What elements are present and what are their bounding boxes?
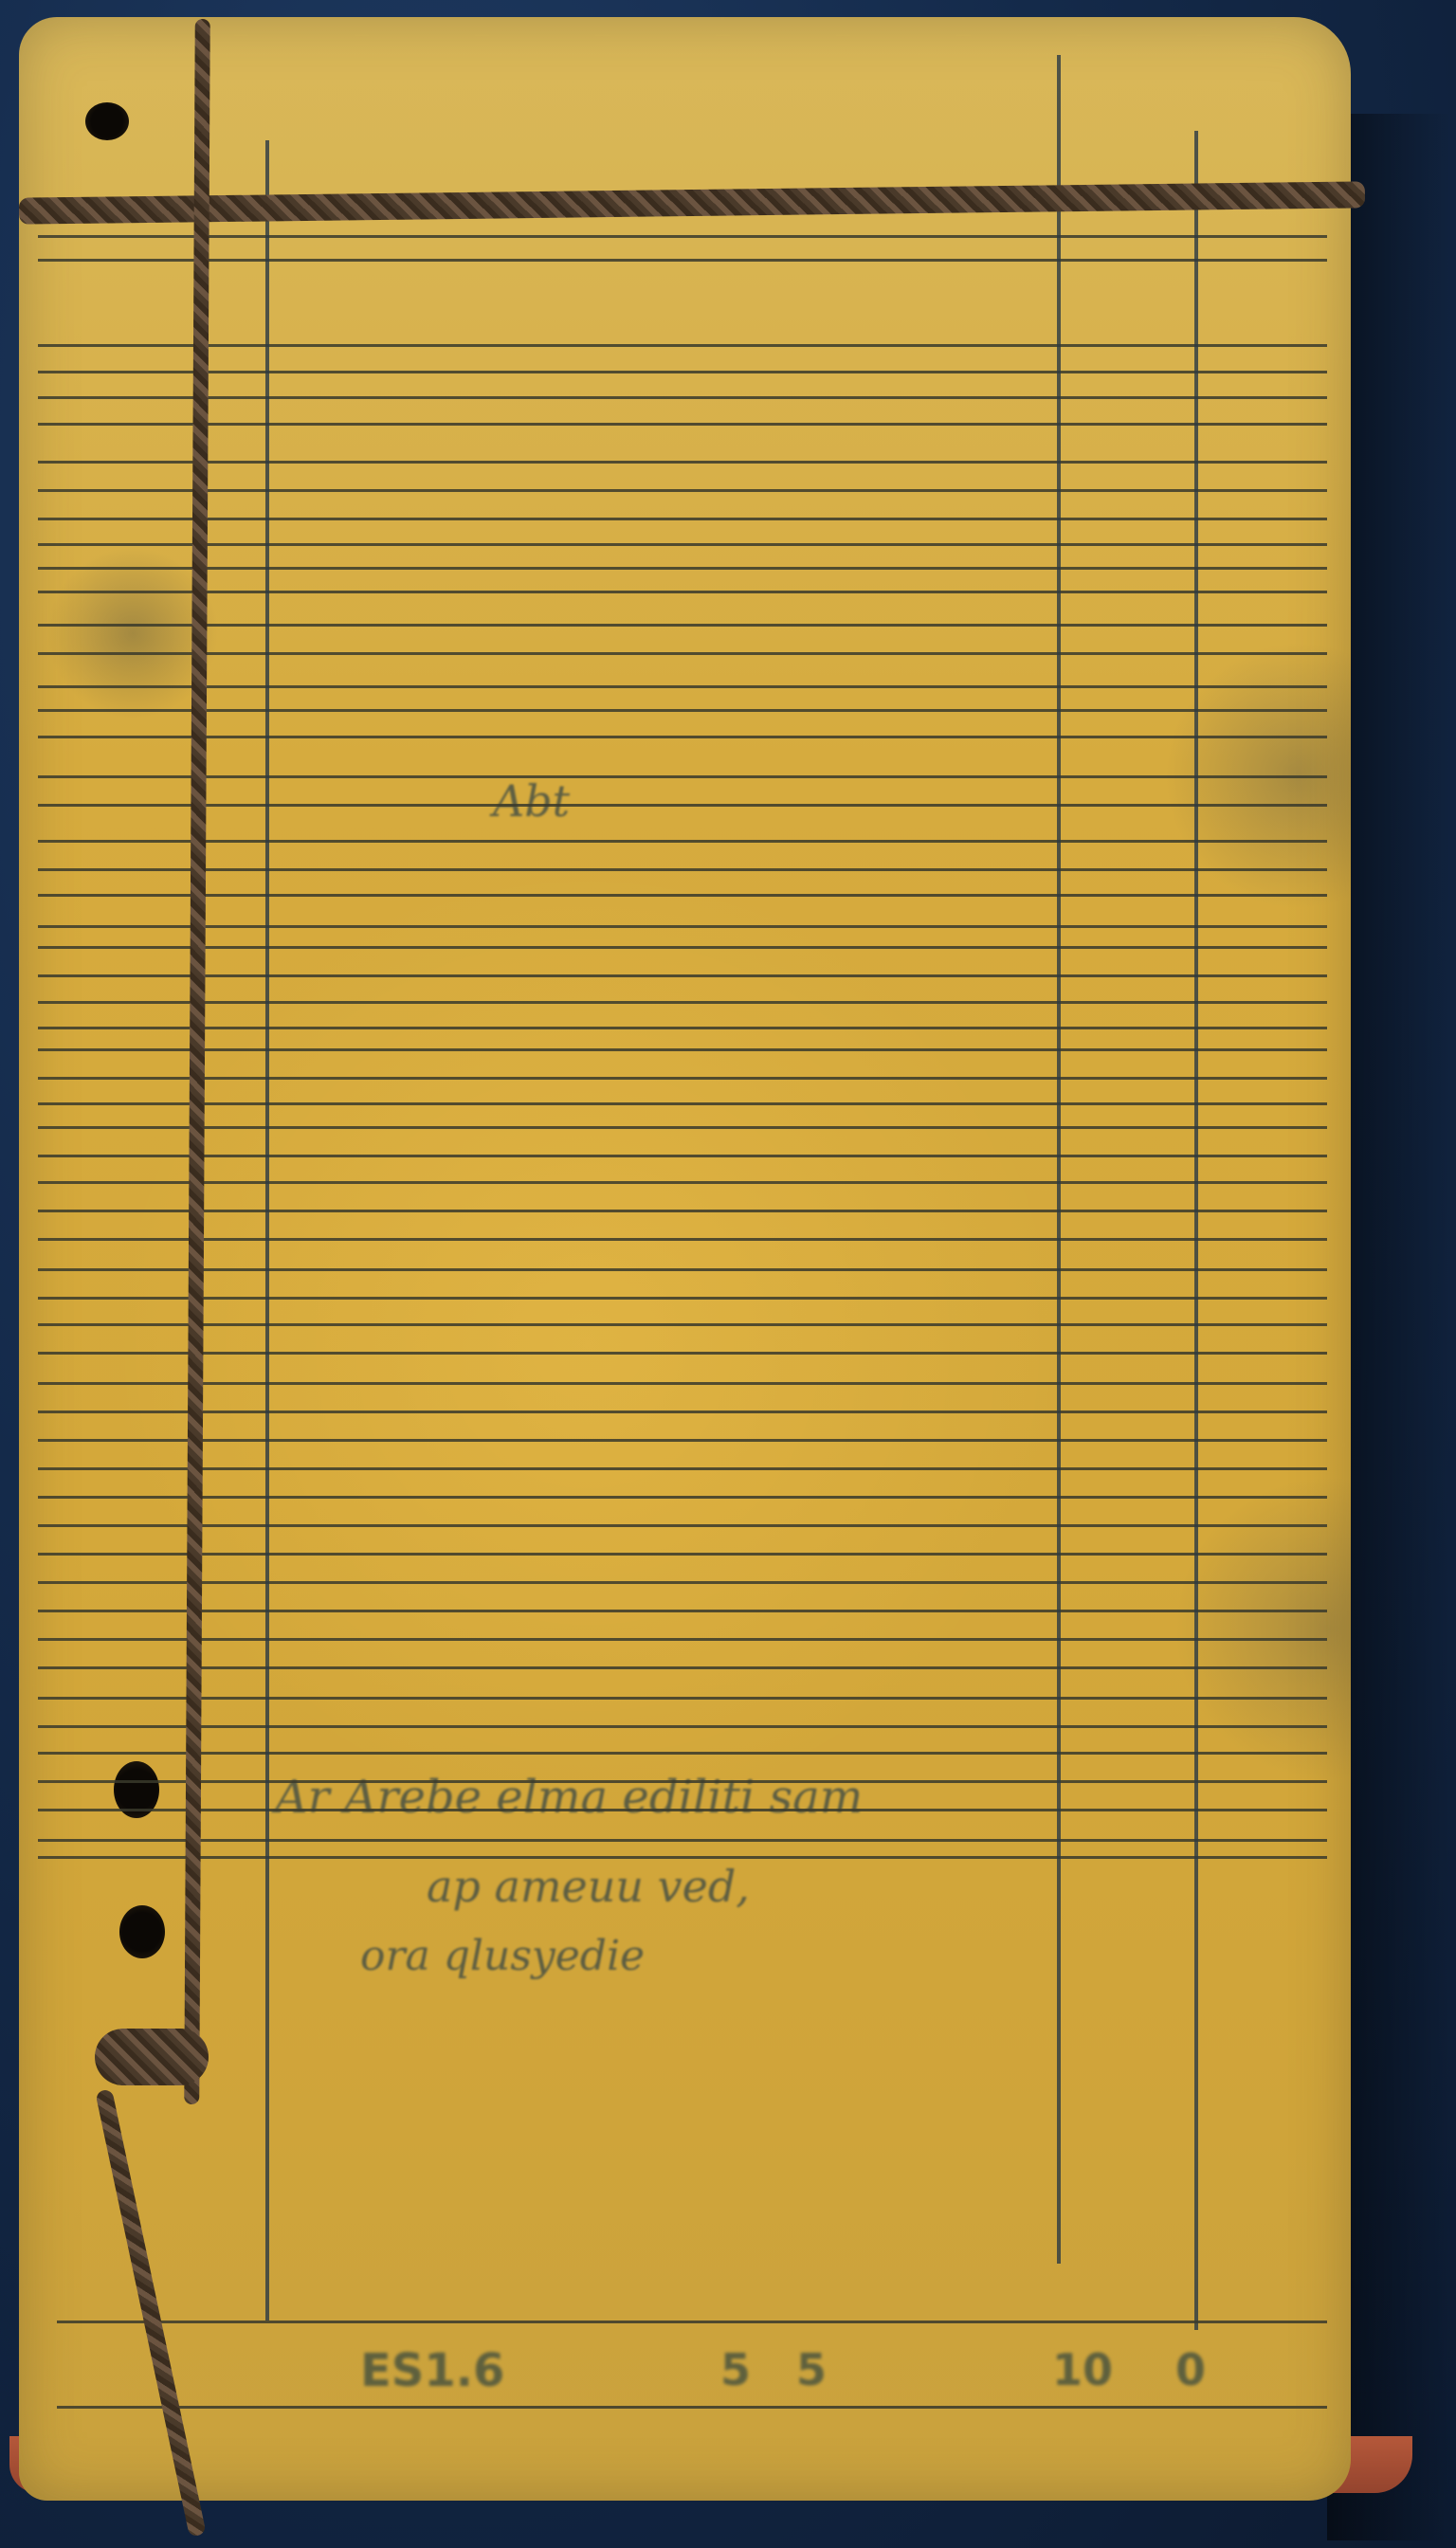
ruled-line — [38, 396, 1327, 399]
footer-stamp-number-4: 0 — [1175, 2344, 1206, 2395]
ruled-line — [38, 591, 1327, 593]
punch-hole-top — [85, 102, 129, 140]
ruled-line — [38, 1001, 1327, 1004]
ruled-line — [38, 946, 1327, 949]
ruled-line — [38, 1323, 1327, 1326]
ruled-line — [38, 235, 1327, 238]
ruled-line — [38, 868, 1327, 871]
ruled-line — [38, 344, 1327, 347]
ruled-line — [38, 1780, 1327, 1783]
column-divider — [265, 140, 269, 2320]
ruled-line — [38, 259, 1327, 262]
ruled-line — [38, 974, 1327, 977]
ruled-line — [38, 1809, 1327, 1811]
twine-knot — [95, 2029, 209, 2085]
ruled-line — [38, 1210, 1327, 1212]
ruled-line — [38, 1610, 1327, 1612]
ruled-line — [38, 1467, 1327, 1470]
ruled-line — [38, 1666, 1327, 1669]
ruled-line — [38, 1439, 1327, 1442]
ruled-line — [38, 1410, 1327, 1413]
ruled-line — [38, 840, 1327, 843]
ruled-line — [38, 775, 1327, 778]
ruled-line — [38, 489, 1327, 492]
ruled-line — [38, 1077, 1327, 1080]
ruled-line — [38, 461, 1327, 464]
ruled-line — [38, 1496, 1327, 1499]
column-divider — [1194, 131, 1198, 2330]
ruled-line — [38, 1638, 1327, 1641]
ruled-line — [38, 1027, 1327, 1029]
ruled-line — [38, 567, 1327, 570]
ruled-line — [38, 1839, 1327, 1842]
ruled-line — [38, 1181, 1327, 1184]
ruled-line — [38, 1352, 1327, 1355]
footer-stamp-number-1: 5 — [720, 2344, 751, 2395]
footer-rule-top — [57, 2320, 1327, 2323]
punch-hole-lower — [119, 1905, 165, 1958]
ruled-line — [38, 1856, 1327, 1859]
ruled-line — [38, 709, 1327, 712]
ruled-line — [38, 1155, 1327, 1157]
ruled-line — [38, 1126, 1327, 1129]
ruled-line — [38, 518, 1327, 520]
ruled-line — [38, 1553, 1327, 1556]
ruled-line — [38, 652, 1327, 655]
footer-stamp-number-3: 10 — [1052, 2344, 1113, 2395]
footer-stamp-code: ES1.6 — [360, 2344, 504, 2397]
footer-stamp-number-2: 5 — [796, 2344, 827, 2395]
handwriting-line-3: ora qlusyedie — [360, 1932, 645, 1980]
ruled-line — [38, 1268, 1327, 1271]
ruled-line — [38, 1581, 1327, 1584]
ruled-line — [38, 1697, 1327, 1700]
ruled-line — [38, 1725, 1327, 1728]
ruled-line — [38, 1752, 1327, 1755]
ruled-line — [38, 1524, 1327, 1527]
ledger-card: Abt Ar Arebe elma ediliti sam ap ameuu v… — [19, 17, 1351, 2501]
ruled-line — [38, 736, 1327, 738]
ruled-line — [38, 925, 1327, 928]
ruled-line — [38, 1048, 1327, 1051]
ruled-line — [38, 1238, 1327, 1241]
ruled-line — [38, 543, 1327, 546]
ruled-line — [38, 685, 1327, 688]
ruled-line — [38, 423, 1327, 426]
ruled-line — [38, 1102, 1327, 1105]
ruled-line — [38, 1297, 1327, 1300]
handwriting-line-1: Ar Arebe elma ediliti sam — [275, 1771, 863, 1824]
ruled-line — [38, 894, 1327, 897]
column-divider — [1057, 55, 1061, 2264]
ruled-line — [38, 1382, 1327, 1385]
handwriting-line-2: ap ameuu ved, — [427, 1861, 750, 1912]
heading-handwriting: Abt — [493, 775, 570, 827]
footer-rule-bottom — [57, 2406, 1327, 2409]
ruled-line — [38, 371, 1327, 373]
ruled-line — [38, 804, 1327, 807]
ruled-line — [38, 624, 1327, 627]
